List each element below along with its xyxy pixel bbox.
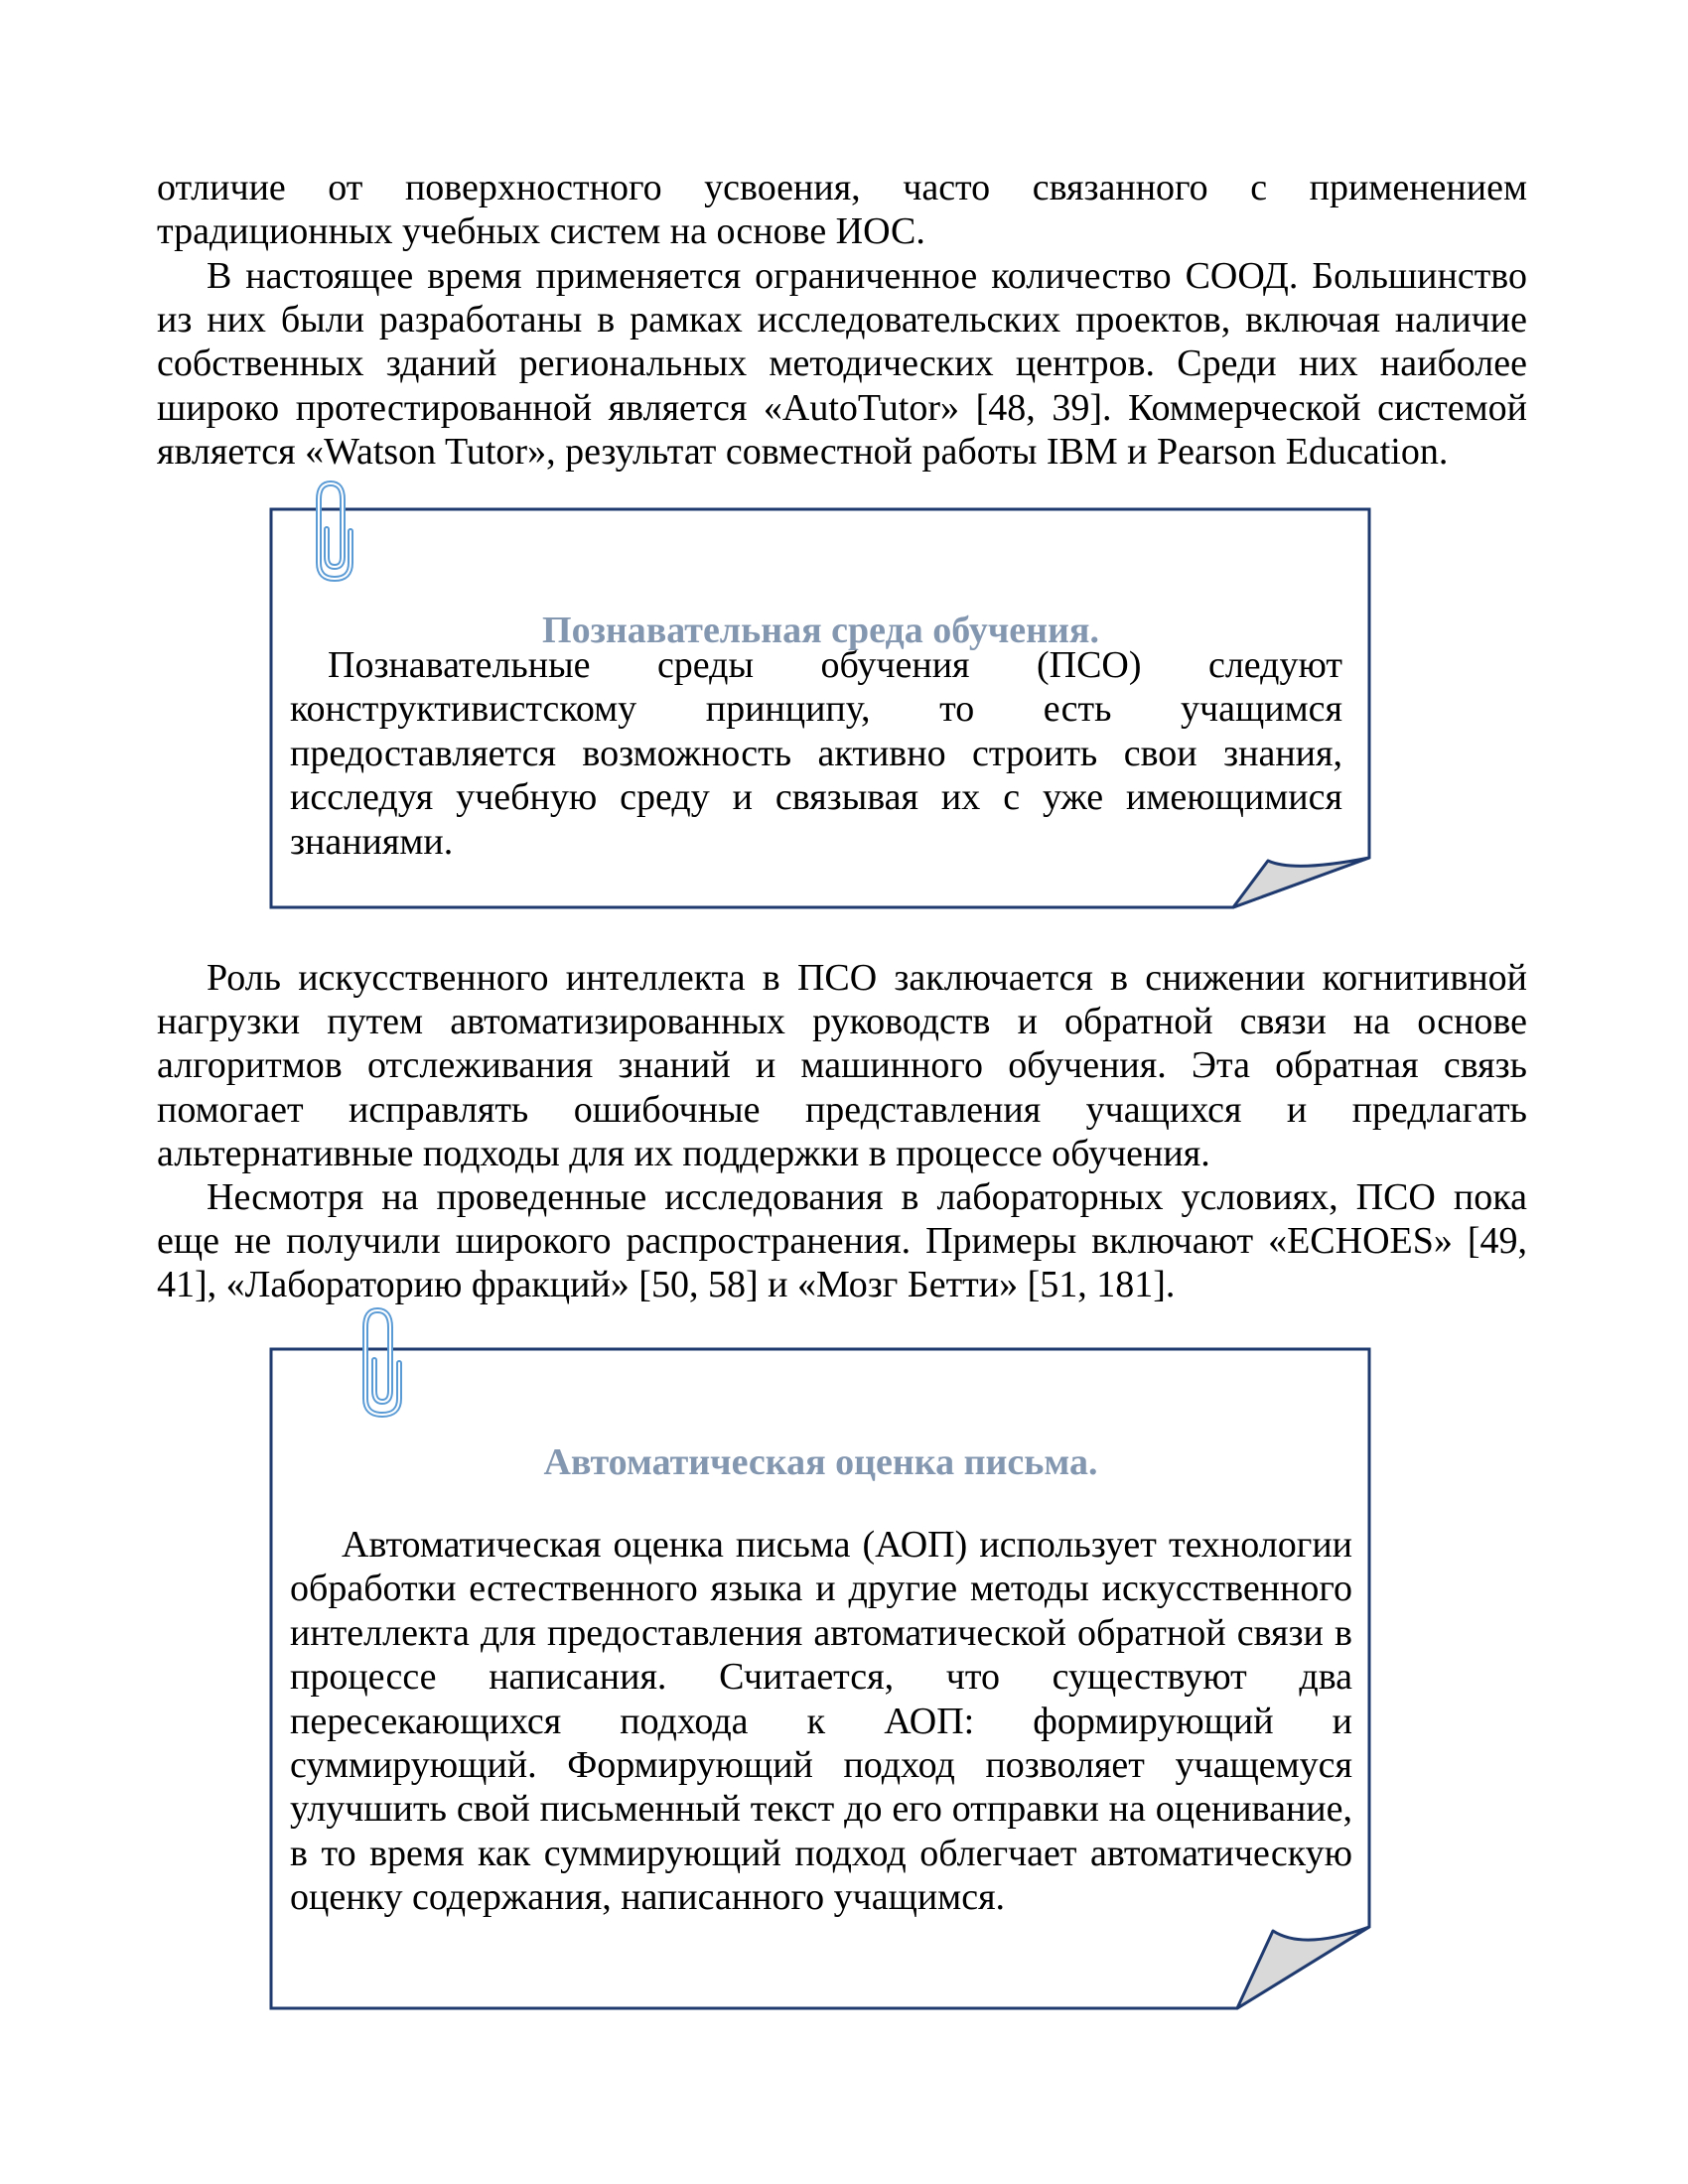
paragraph-examples: Несмотря на проведенные исследования в л… xyxy=(157,1175,1527,1307)
paragraph-continuation: отличие от поверхностного усвоения, част… xyxy=(157,166,1527,253)
paperclip-icon xyxy=(311,479,364,585)
callout-title: Автоматическая оценка письма. xyxy=(271,1440,1370,1484)
callout-cognitive-learning-environment: Познавательная среда обучения. Познавате… xyxy=(271,509,1370,907)
paperclip-icon xyxy=(357,1305,411,1421)
callout-body: Автоматическая оценка письма (АОП) испол… xyxy=(290,1523,1352,1920)
callout-body: Познавательные среды обучения (ПСО) след… xyxy=(290,643,1342,864)
paragraph-ai-role: Роль искусственного интеллекта в ПСО зак… xyxy=(157,956,1527,1175)
callout-automated-writing-evaluation: Автоматическая оценка письма. Автоматиче… xyxy=(271,1349,1370,2008)
paragraph-sood-systems: В настоящее время применяется ограниченн… xyxy=(157,254,1527,474)
